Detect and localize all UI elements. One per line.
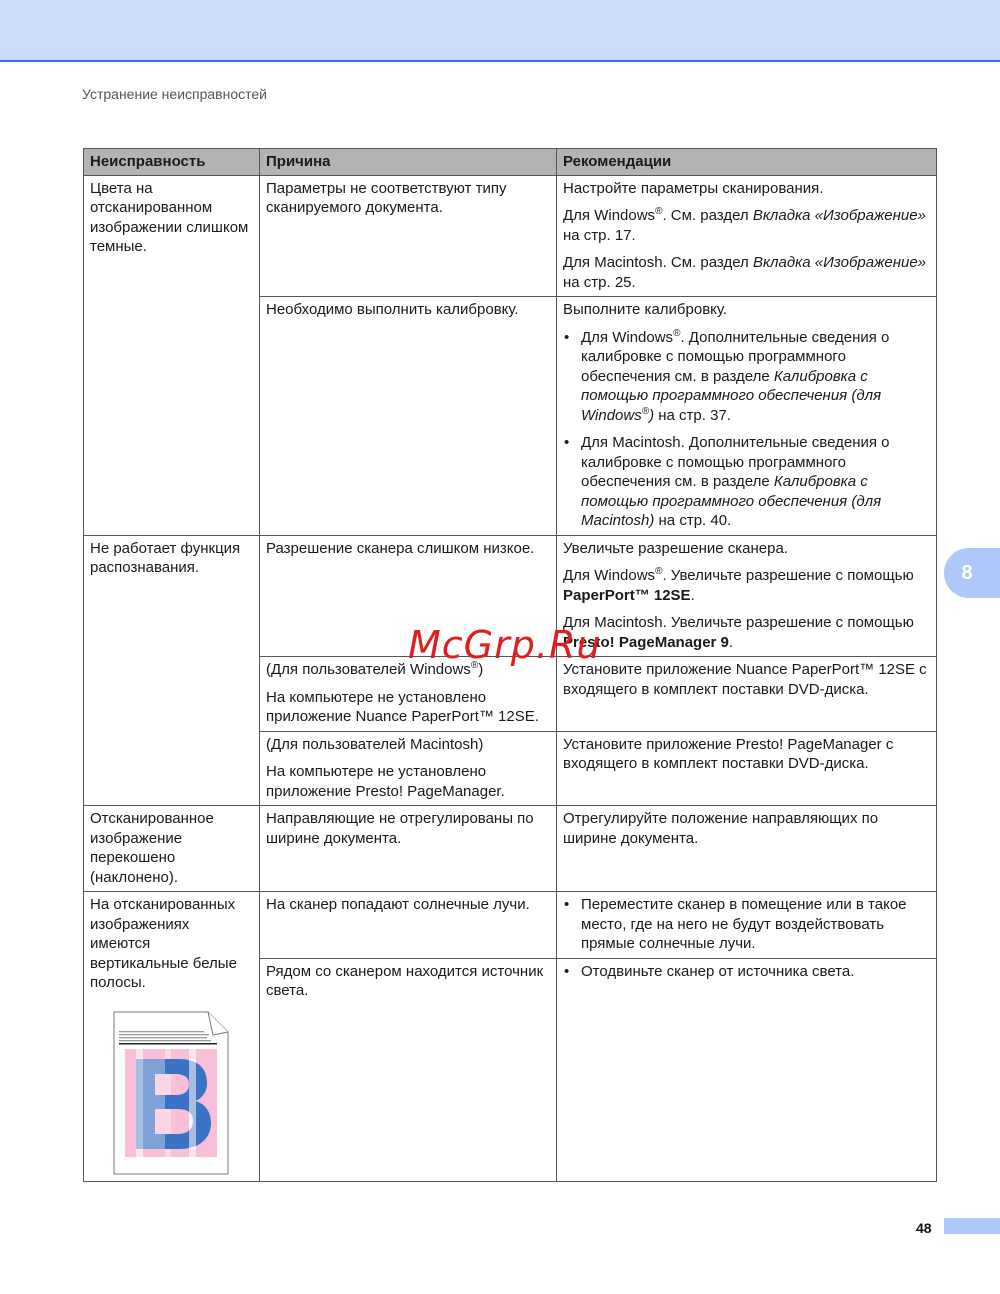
cause-cell: Параметры не соответствуют типу сканируе… bbox=[260, 175, 557, 297]
recommendation-windows: Для Windows®. См. раздел Вкладка «Изобра… bbox=[563, 206, 930, 245]
recommendation-macintosh: Для Macintosh. Увеличьте разрешение с по… bbox=[563, 613, 930, 652]
recommendation-cell: Установите приложение Presto! PageManage… bbox=[557, 731, 937, 806]
cause-cell: Необходимо выполнить калибровку. bbox=[260, 297, 557, 536]
cause-cell: Направляющие не отрегулированы по ширине… bbox=[260, 806, 557, 892]
section-reference-link[interactable]: Вкладка «Изображение» bbox=[753, 254, 926, 271]
top-band bbox=[0, 0, 1000, 62]
cause-cell: (Для пользователей Windows®) На компьюте… bbox=[260, 657, 557, 732]
list-item: Переместите сканер в помещение или в так… bbox=[563, 895, 930, 954]
table-row: На отсканированных изображениях имеются … bbox=[84, 892, 937, 959]
recommendation-cell: Отрегулируйте положение направляющих по … bbox=[557, 806, 937, 892]
list-item: Для Macintosh. Дополнительные сведения о… bbox=[563, 433, 930, 531]
recommendation-list: Для Windows®. Дополнительные сведения о … bbox=[563, 328, 930, 531]
cause-cell: Рядом со сканером находится источник све… bbox=[260, 958, 557, 1181]
table-row: Отсканированное изображение перекошено (… bbox=[84, 806, 937, 892]
section-reference-link[interactable]: Вкладка «Изображение» bbox=[753, 207, 926, 224]
problem-cell: Отсканированное изображение перекошено (… bbox=[84, 806, 260, 892]
recommendation-cell: Установите приложение Nuance PaperPort™ … bbox=[557, 657, 937, 732]
recommendation-text: Выполните калибровку. bbox=[563, 300, 930, 320]
problem-cell: На отсканированных изображениях имеются … bbox=[84, 892, 260, 1182]
recommendation-list: Переместите сканер в помещение или в так… bbox=[563, 895, 930, 954]
cause-cell: На сканер попадают солнечные лучи. bbox=[260, 892, 557, 959]
recommendation-cell: Переместите сканер в помещение или в так… bbox=[557, 892, 937, 959]
list-item: Для Windows®. Дополнительные сведения о … bbox=[563, 328, 930, 426]
recommendation-text: Настройте параметры сканирования. bbox=[563, 179, 930, 199]
page-number-bar bbox=[944, 1218, 1000, 1234]
recommendation-windows: Для Windows®. Увеличьте разрешение с пом… bbox=[563, 566, 930, 605]
column-header-problem: Неисправность bbox=[84, 149, 260, 176]
recommendation-cell: Отодвиньте сканер от источника света. bbox=[557, 958, 937, 1181]
recommendation-text: Увеличьте разрешение сканера. bbox=[563, 539, 930, 559]
recommendation-macintosh: Для Macintosh. См. раздел Вкладка «Изобр… bbox=[563, 253, 930, 292]
watermark: McGrp.Ru bbox=[408, 626, 601, 664]
column-header-cause: Причина bbox=[260, 149, 557, 176]
chapter-tab[interactable]: 8 bbox=[944, 548, 1000, 598]
running-header: Устранение неисправностей bbox=[82, 86, 267, 102]
problem-cell: Не работает функция распознавания. bbox=[84, 535, 260, 806]
column-header-recommendation: Рекомендации bbox=[557, 149, 937, 176]
scanned-page-vertical-stripes-icon bbox=[113, 1011, 229, 1175]
recommendation-list: Отодвиньте сканер от источника света. bbox=[563, 962, 930, 982]
list-item: Отодвиньте сканер от источника света. bbox=[563, 962, 930, 982]
recommendation-cell: Выполните калибровку. Для Windows®. Допо… bbox=[557, 297, 937, 536]
cause-cell: (Для пользователей Macintosh) На компьют… bbox=[260, 731, 557, 806]
recommendation-cell: Настройте параметры сканирования. Для Wi… bbox=[557, 175, 937, 297]
page-number: 48 bbox=[916, 1220, 932, 1236]
table-row: Цвета на отсканированном изображении сли… bbox=[84, 175, 937, 297]
table-header-row: Неисправность Причина Рекомендации bbox=[84, 149, 937, 176]
problem-cell: Цвета на отсканированном изображении сли… bbox=[84, 175, 260, 535]
recommendation-cell: Увеличьте разрешение сканера. Для Window… bbox=[557, 535, 937, 657]
